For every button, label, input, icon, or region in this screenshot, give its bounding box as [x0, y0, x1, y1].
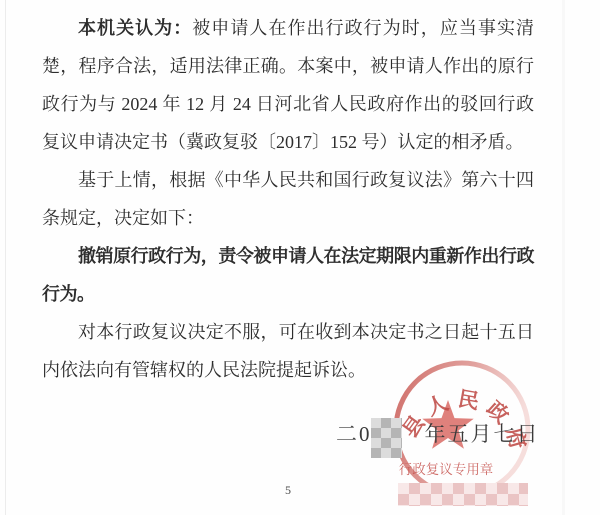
paragraph-findings: 本机关认为：被申请人在作出行政行为时，应当事实清楚，程序合法，适用法律正确。本案… [42, 9, 534, 161]
paragraph-decision: 撤销原行政行为，责令被申请人在法定期限内重新作出行政行为。 [42, 237, 534, 313]
paragraph-text: 被申请人在作出行政行为时，应当事实清楚，程序合法，适用法律正确。本案中，被申请人… [42, 18, 534, 152]
scan-streak [562, 0, 565, 515]
paragraph-basis: 基于上情，根据《中华人民共和国行政复议法》第六十四条规定，决定如下： [42, 161, 534, 237]
seal-bottom-text: 行政复议专用章 [399, 461, 494, 477]
paragraph-text: 基于上情，根据《中华人民共和国行政复议法》第六十四条规定，决定如下： [42, 170, 534, 228]
date-suffix: 年五月七日 [425, 422, 540, 446]
decision-date: 二0二年五月七日 [336, 419, 546, 449]
page-number: 5 [278, 483, 298, 498]
scan-edge-line [5, 0, 6, 515]
paragraph-lead: 本机关认为： [78, 18, 192, 38]
redaction-mosaic-bottom [398, 483, 528, 506]
paragraph-text: 撤销原行政行为，责令被申请人在法定期限内重新作出行政行为。 [42, 246, 534, 304]
document-body: 本机关认为：被申请人在作出行政行为时，应当事实清楚，程序合法，适用法律正确。本案… [42, 9, 534, 389]
document-page: 本机关认为：被申请人在作出行政行为时，应当事实清楚，程序合法，适用法律正确。本案… [0, 0, 600, 515]
redaction-mosaic-year [371, 418, 402, 458]
